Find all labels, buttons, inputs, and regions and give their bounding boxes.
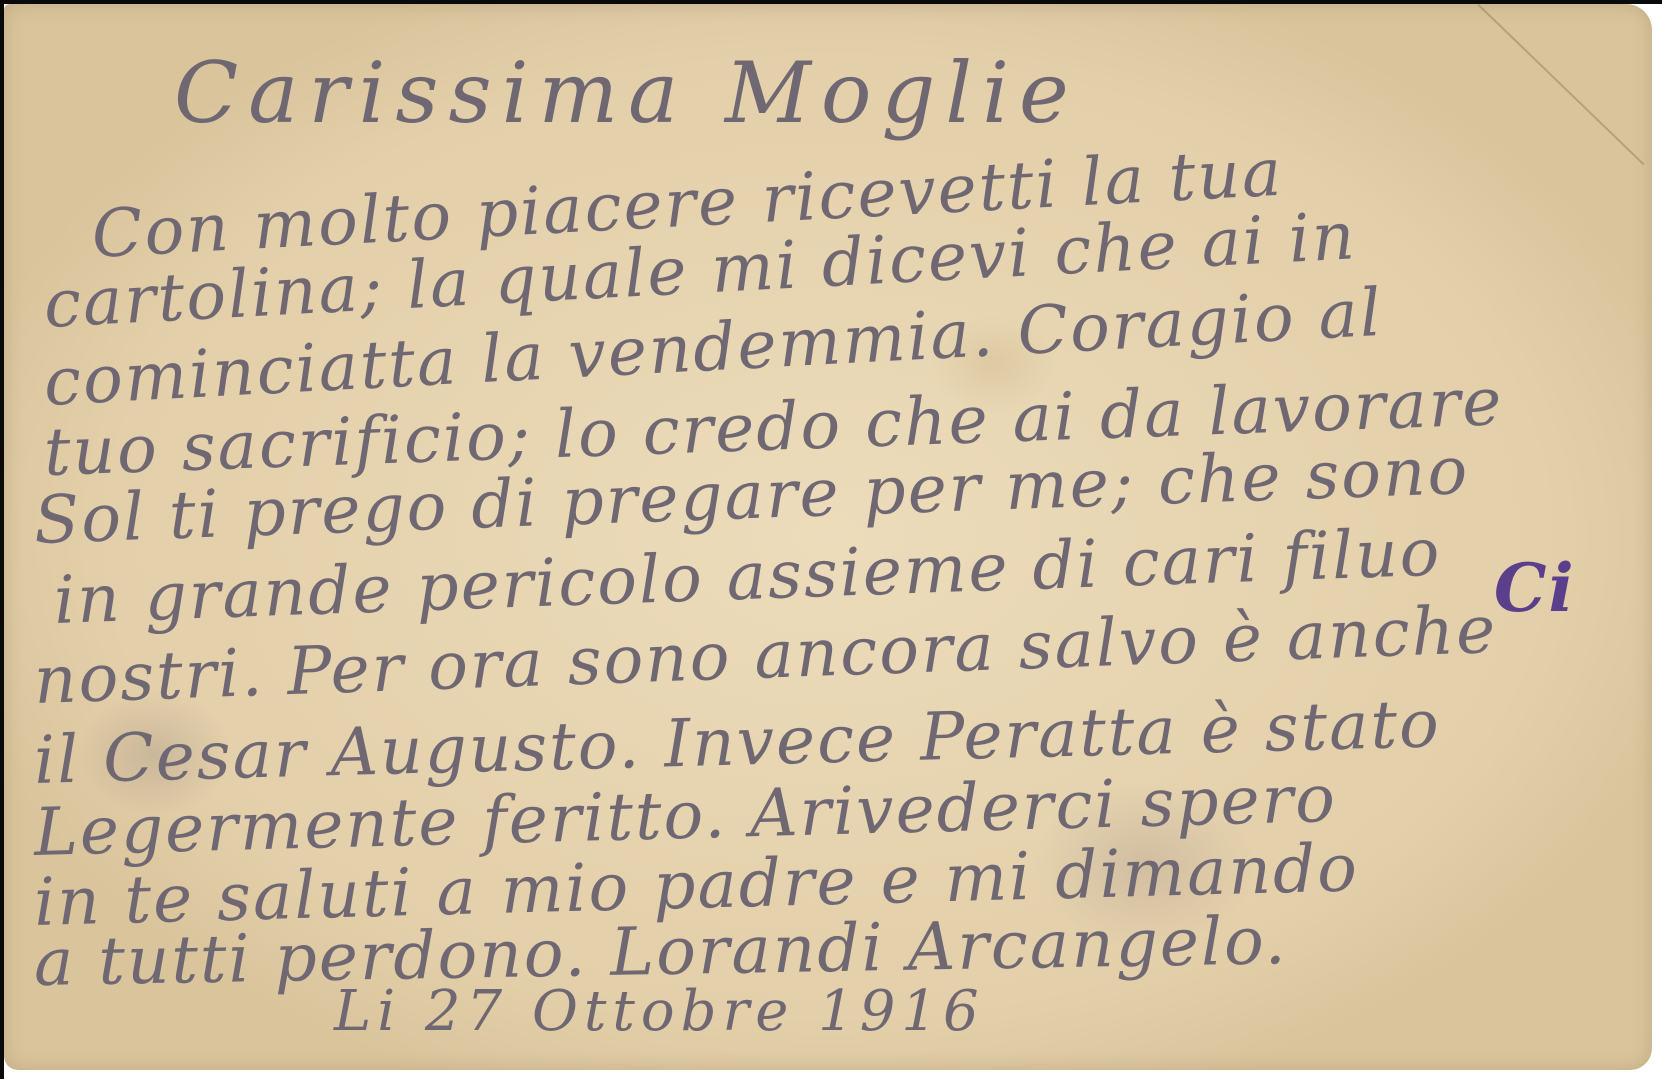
corner-fold-crease — [1478, 4, 1645, 165]
letter-date: Li 27 Ottobre 1916 — [334, 979, 985, 1044]
salutation: Carissima Moglie — [174, 44, 1079, 142]
ink-correction: Ci — [1494, 549, 1576, 627]
postcard: Carissima Moglie Con molto piacere ricev… — [4, 4, 1652, 1070]
